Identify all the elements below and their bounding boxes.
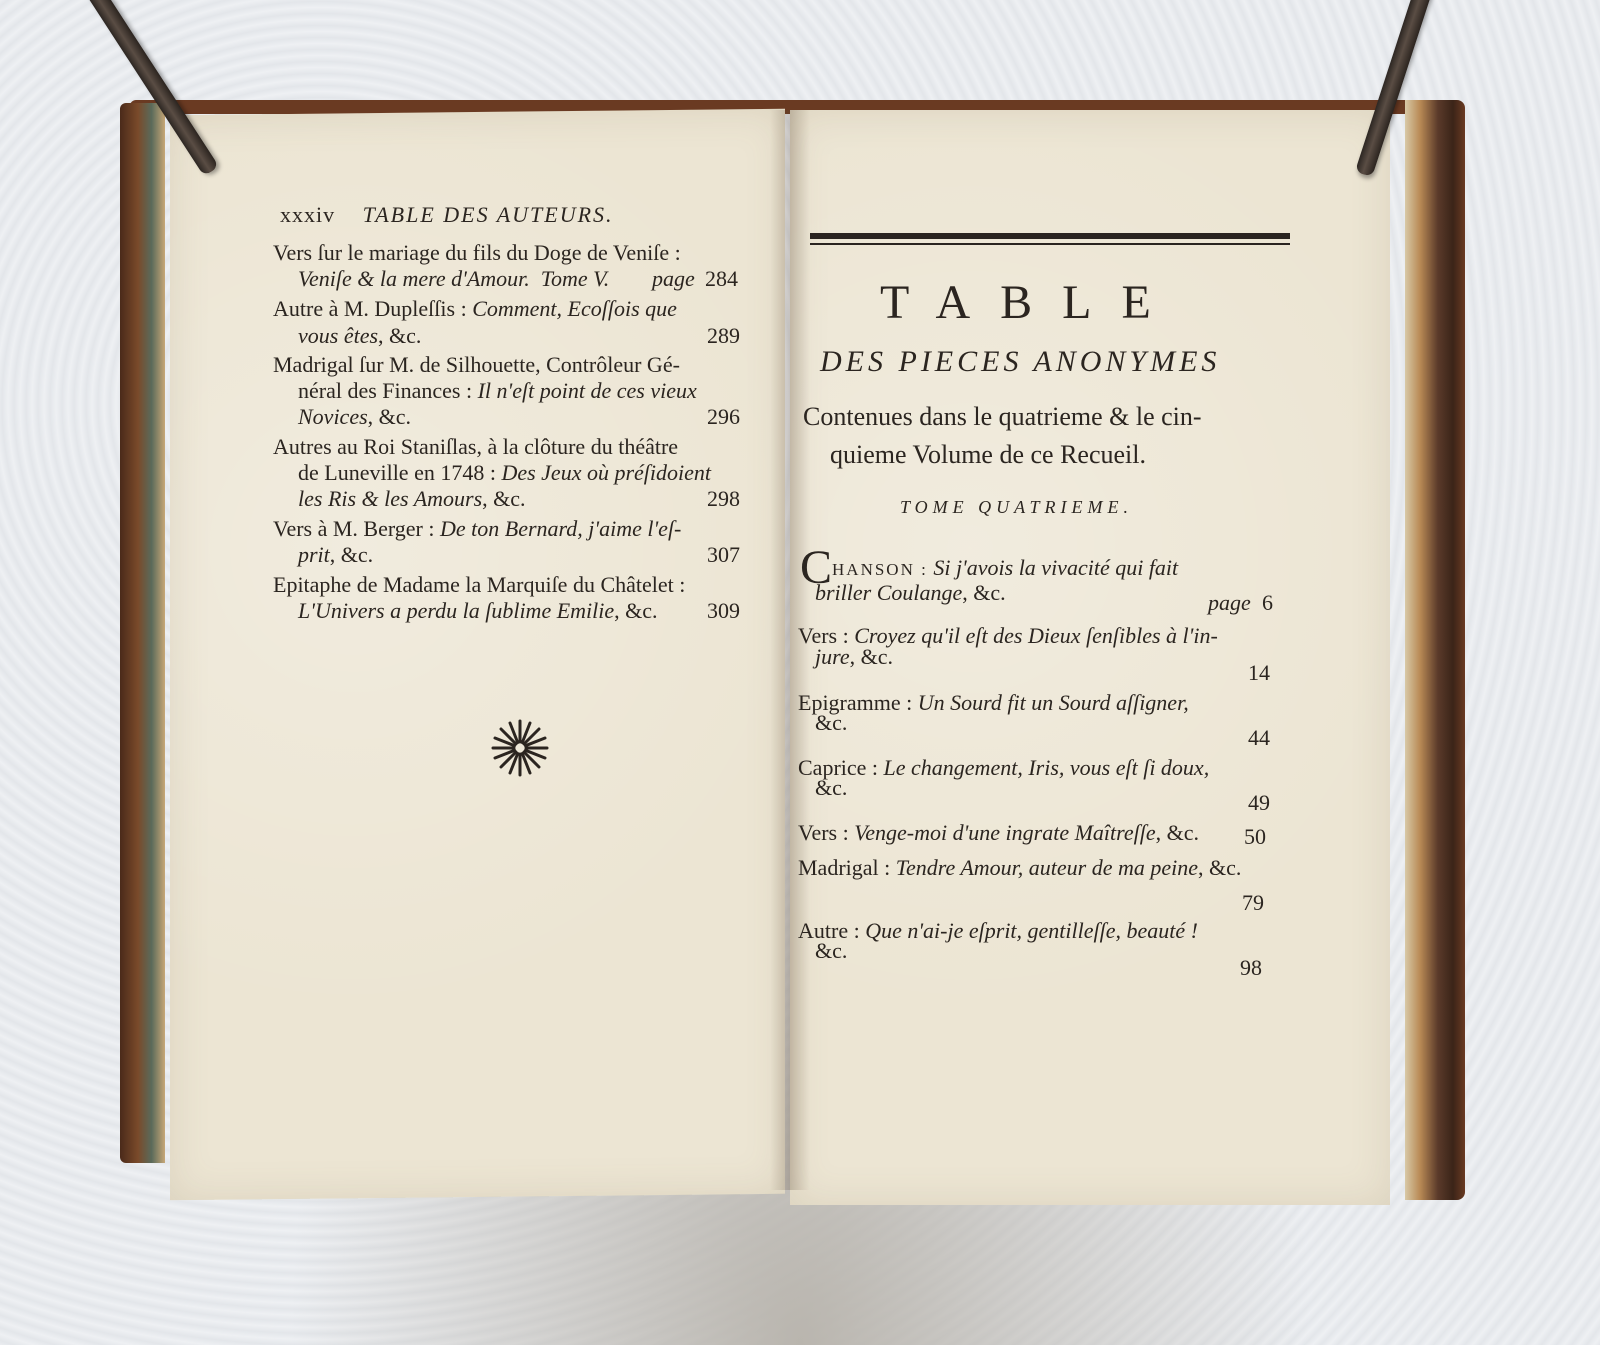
entry-text: , &c. — [368, 404, 411, 429]
entry-italic: Que n'ai-je eſprit, gentilleſſe, beauté … — [865, 918, 1198, 943]
section-subtitle: DES PIECES ANONYMES — [820, 345, 1220, 379]
entry-text: , &c. — [378, 323, 421, 348]
entry-text: &c. — [815, 775, 847, 800]
entry-text: Vers ſur le mariage du fils du Doge de V… — [273, 240, 681, 265]
entry-italic: Croyez qu'il eſt des Dieux ſenſibles à l… — [854, 623, 1218, 648]
right-entry-6-line-1: Madrigal : Tendre Amour, auteur de ma pe… — [798, 855, 1241, 881]
entry-italic: Tendre Amour, auteur de ma peine — [896, 855, 1198, 880]
book-cover-left — [120, 103, 165, 1163]
left-entry-3-line-1: Madrigal ſur M. de Silhouette, Contrôleu… — [273, 352, 680, 378]
page-ref: 309 — [707, 598, 740, 624]
page-ref: 289 — [707, 323, 740, 349]
right-entry-4-line-1: Caprice : Le changement, Iris, vous eſt … — [798, 755, 1209, 781]
entry-italic: vous êtes — [298, 323, 378, 348]
running-head-title: TABLE DES AUTEURS. — [363, 202, 614, 227]
entry-italic: prit — [298, 542, 330, 567]
page-number: xxxiv — [280, 202, 335, 227]
entry-text: de Luneville en 1748 : — [298, 460, 496, 485]
right-entry-7-line-2: &c. — [815, 938, 847, 964]
entry-text: , &c. — [1156, 820, 1199, 845]
left-entry-4-line-3: les Ris & les Amours, &c. — [298, 486, 526, 512]
running-head: xxxiv TABLE DES AUTEURS. — [280, 202, 614, 228]
description-line-1: Contenues dans le quatrieme & le cin- — [803, 402, 1202, 432]
page-ref: 298 — [707, 486, 740, 512]
double-rule-thick — [810, 233, 1290, 239]
right-entry-1-line-2: briller Coulange, &c. — [815, 580, 1006, 606]
entry-text: , &c. — [614, 598, 657, 623]
book-cover-right — [1405, 100, 1465, 1200]
entry-text: &c. — [815, 710, 847, 735]
left-entry-6-line-1: Epitaphe de Madame la Marquiſe du Châtel… — [273, 572, 685, 598]
section-title: TABLE — [880, 275, 1181, 330]
right-entry-5-line-1: Vers : Venge-moi d'une ingrate Maîtreſſe… — [798, 820, 1199, 846]
page-ref: 284 — [705, 266, 738, 292]
volume-heading: TOME QUATRIEME. — [900, 497, 1133, 518]
entry-italic: les Ris & les Amours — [298, 486, 482, 511]
right-entry-7-line-1: Autre : Que n'ai-je eſprit, gentilleſſe,… — [798, 918, 1198, 944]
left-entry-6-line-2: L'Univers a perdu la ſublime Emilie, &c. — [298, 598, 658, 624]
entry-label: Madrigal : — [798, 855, 890, 880]
left-entry-5-line-1: Vers à M. Berger : De ton Bernard, j'aim… — [273, 516, 681, 542]
entry-text: , &c. — [850, 644, 893, 669]
page-ref: 50 — [1244, 824, 1266, 850]
entry-italic: Venge-moi d'une ingrate Maîtreſſe — [854, 820, 1155, 845]
entry-italic: briller Coulange — [815, 580, 962, 605]
entry-italic: Des Jeux où préſidoient — [501, 460, 711, 485]
entry-text: , &c. — [330, 542, 373, 567]
right-entry-4-line-2: &c. — [815, 775, 847, 801]
left-entry-5-line-2: prit, &c. — [298, 542, 373, 568]
page-ref: 307 — [707, 542, 740, 568]
entry-text: &c. — [815, 938, 847, 963]
entry-italic: De ton Bernard, j'aime l'eſ- — [440, 516, 681, 541]
book-gutter — [770, 110, 810, 1190]
entry-text: Epitaphe de Madame la Marquiſe du Châtel… — [273, 572, 685, 597]
entry-text: Vers à M. Berger : — [273, 516, 435, 541]
entry-italic: Comment, Ecoſſois que — [472, 296, 677, 321]
entry-italic: Novices — [298, 404, 368, 429]
entry-text: néral des Finances : — [298, 378, 472, 403]
entry-text: , &c. — [962, 580, 1005, 605]
page-ref: 98 — [1240, 955, 1262, 981]
entry-italic: Il n'eſt point de ces vieux — [478, 378, 697, 403]
left-entry-3-line-2: néral des Finances : Il n'eſt point de c… — [298, 378, 697, 404]
entry-text: Autres au Roi Staniſlas, à la clôture du… — [273, 434, 678, 459]
left-entry-3-line-3: Novices, &c. — [298, 404, 411, 430]
right-entry-2-line-2: jure, &c. — [815, 644, 893, 670]
left-entry-1-line-1: Vers ſur le mariage du fils du Doge de V… — [273, 240, 681, 266]
page-ref: 49 — [1248, 790, 1270, 816]
entry-text: Madrigal ſur M. de Silhouette, Contrôleu… — [273, 352, 680, 377]
entry-italic: Veniſe & la mere d'Amour. — [298, 266, 530, 291]
entry-italic: Un Sourd fit un Sourd aſſigner, — [918, 690, 1189, 715]
entry-text: Autre à M. Dupleſſis : — [273, 296, 467, 321]
page-ref: 6 — [1262, 590, 1273, 616]
description-line-2: quieme Volume de ce Recueil. — [830, 440, 1146, 470]
page-ref: 44 — [1248, 725, 1270, 751]
page-ref: 296 — [707, 404, 740, 430]
page-label: page — [1208, 590, 1251, 616]
left-entry-2-line-2: vous êtes, &c. — [298, 323, 421, 349]
entry-italic: Si j'avois la vivacité qui fait — [933, 555, 1178, 580]
page-ref: 14 — [1248, 660, 1270, 686]
left-entry-4-line-2: de Luneville en 1748 : Des Jeux où préſi… — [298, 460, 711, 486]
entry-text: , &c. — [1198, 855, 1241, 880]
entry-italic: jure — [815, 644, 850, 669]
entry-label: HANSON : — [832, 560, 928, 579]
page-label: page — [652, 266, 695, 292]
entry-italic: Le changement, Iris, vous eſt ſi doux, — [884, 755, 1210, 780]
right-entry-3-line-2: &c. — [815, 710, 847, 736]
entry-italic: L'Univers a perdu la ſublime Emilie — [298, 598, 614, 623]
right-entry-3-line-1: Epigramme : Un Sourd fit un Sourd aſſign… — [798, 690, 1189, 716]
fleuron-ornament-icon — [490, 718, 550, 778]
left-entry-4-line-1: Autres au Roi Staniſlas, à la clôture du… — [273, 434, 678, 460]
left-entry-1-line-2: Veniſe & la mere d'Amour. Tome V. — [298, 266, 609, 292]
page-ref: 79 — [1242, 890, 1264, 916]
entry-text: , &c. — [482, 486, 525, 511]
entry-label: Vers : — [798, 820, 849, 845]
double-rule-thin — [810, 243, 1290, 245]
left-entry-2-line-1: Autre à M. Dupleſſis : Comment, Ecoſſois… — [273, 296, 677, 322]
entry-tome: Tome V. — [541, 266, 609, 291]
